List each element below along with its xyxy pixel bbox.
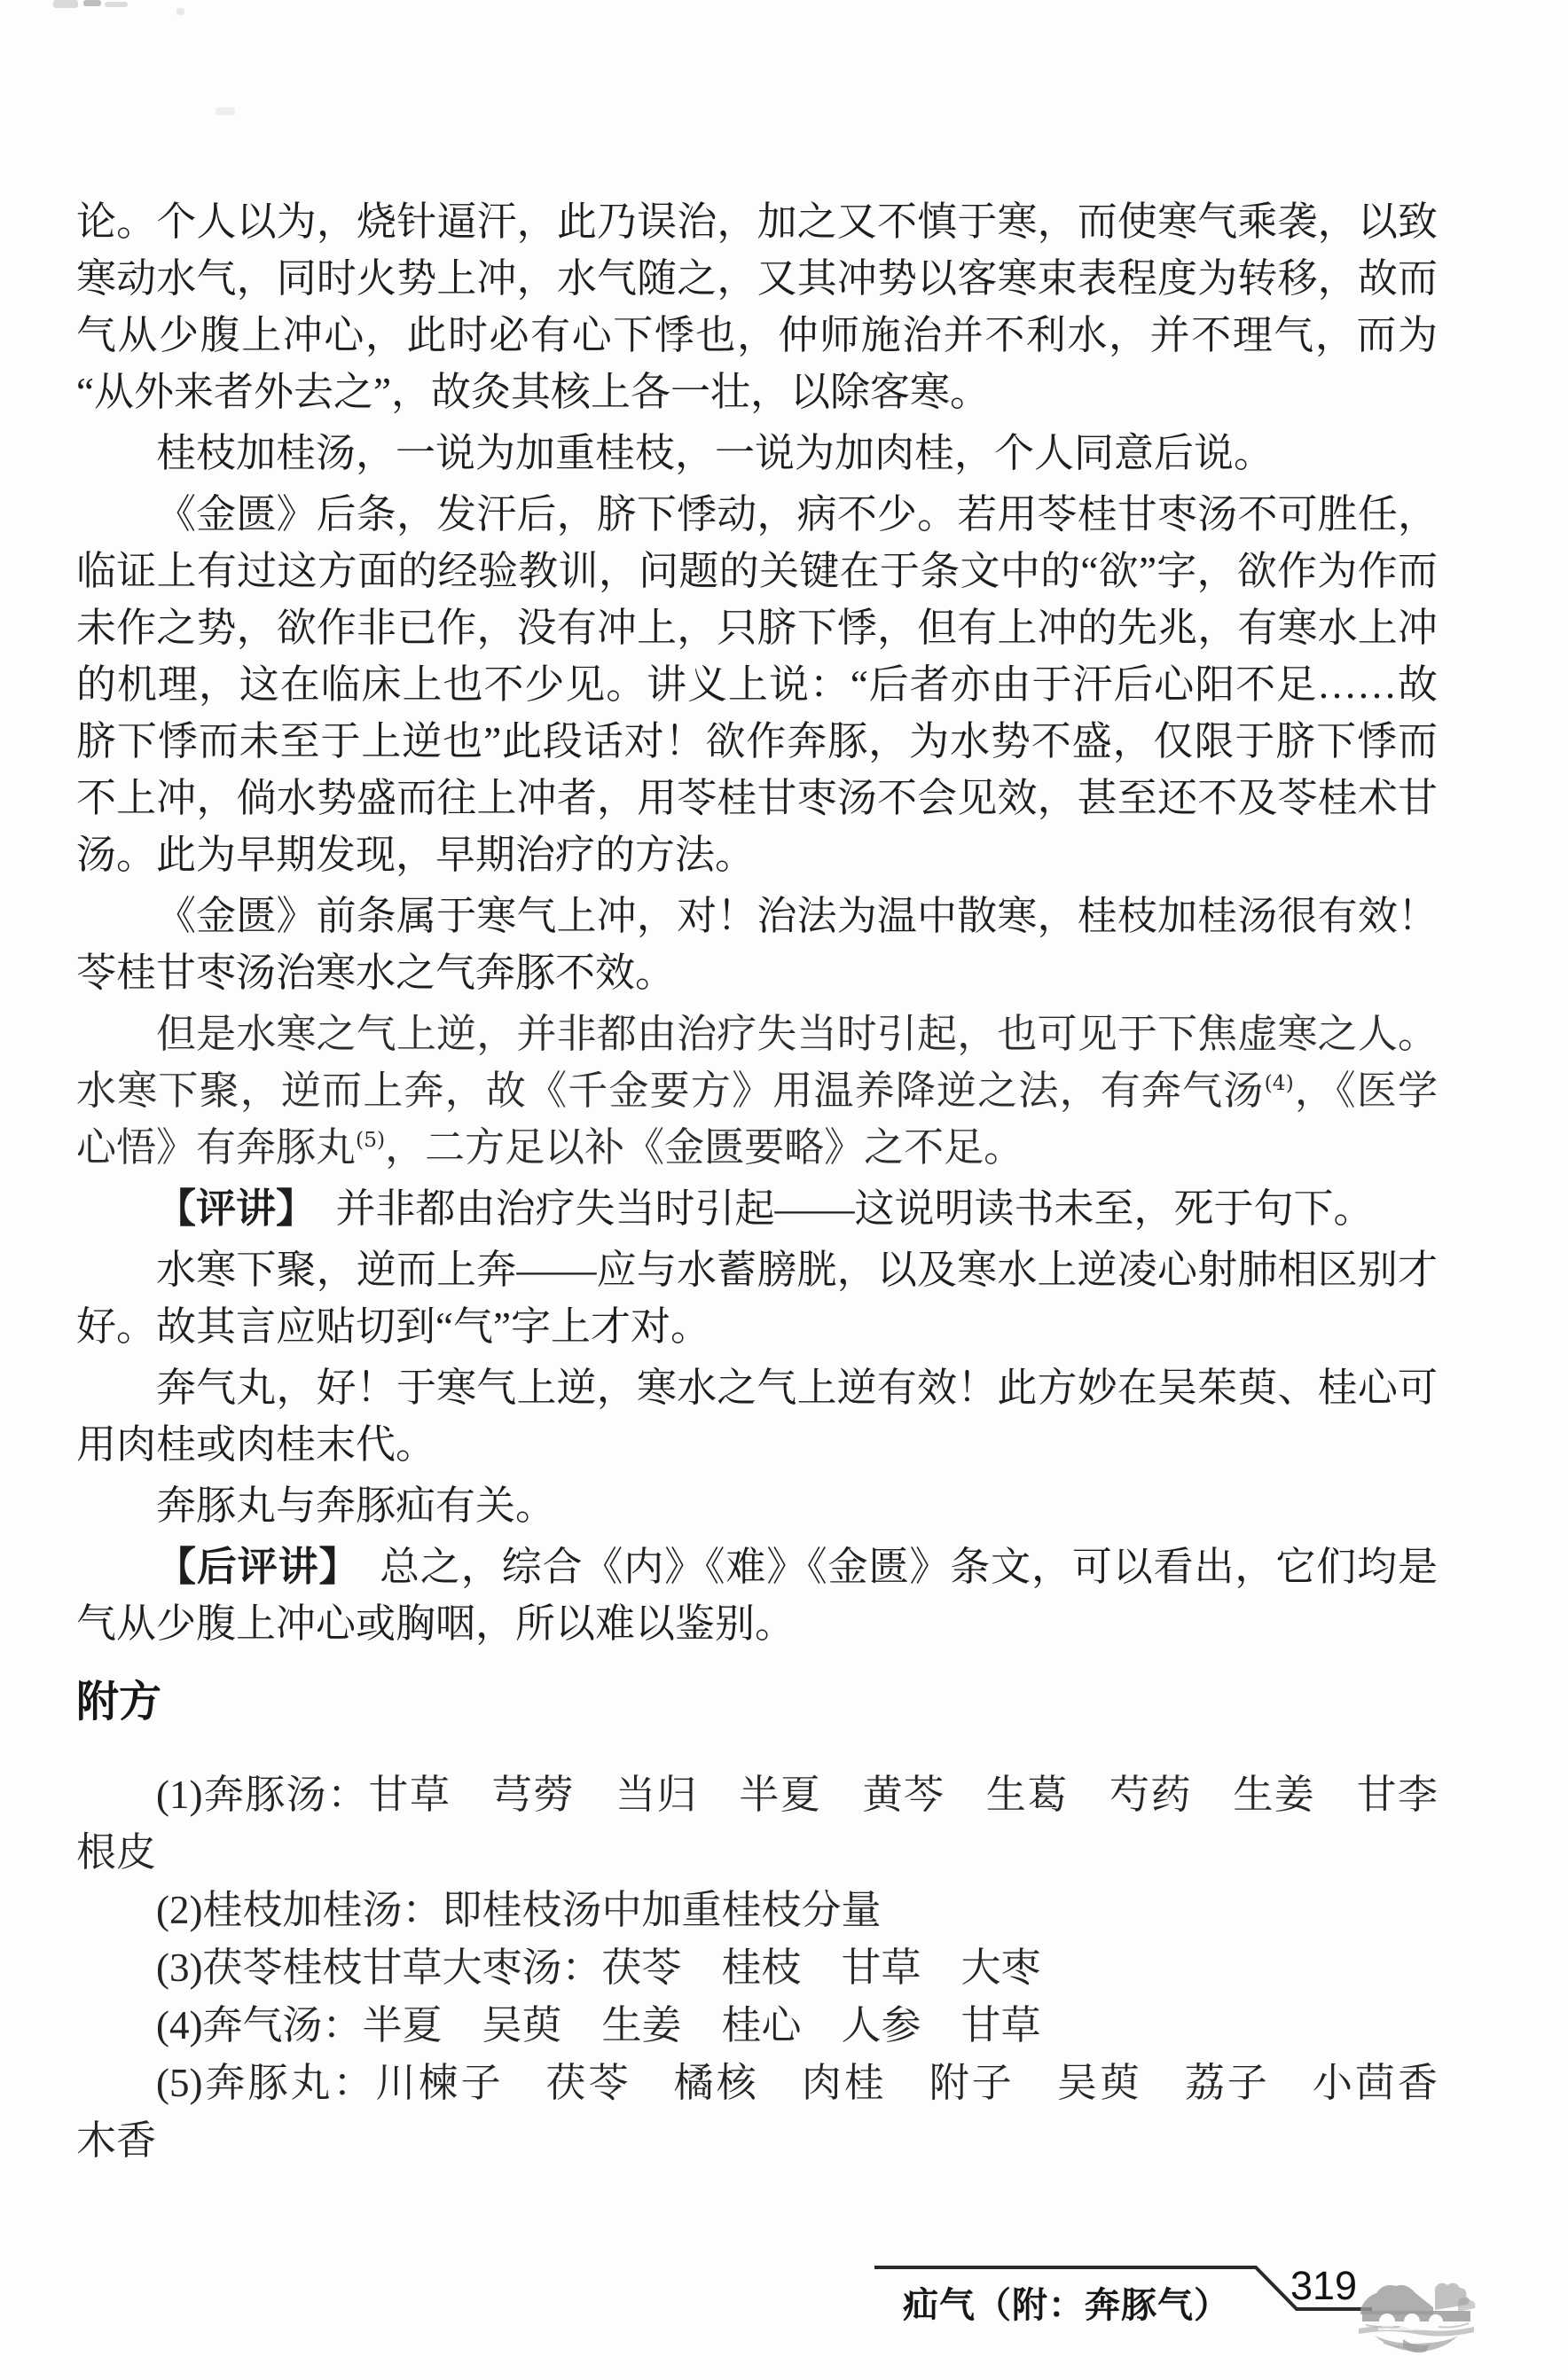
paragraph: 《金匮》前条属于寒气上冲，对！治法为温中散寒，桂枝加桂汤很有效！苓桂甘枣汤治寒水… (76, 888, 1438, 1001)
paragraph: 奔豚丸与奔豚疝有关。 (76, 1477, 1438, 1534)
ink-seal-stamp-icon (1353, 2261, 1488, 2359)
paragraph-text: 但是水寒之气上逆，并非都由治疗失当时引起，也可见于下焦虚寒之人。水寒下聚，逆而上… (76, 1010, 1438, 1114)
section-header-fufang: 附方 (76, 1667, 161, 1728)
paragraph-text: 《金匮》后条，发汗后，脐下悸动，病不少。若用苓桂甘枣汤不可胜任，临证上有过这方面… (76, 492, 1438, 877)
prescription-line: (4)奔气汤：半夏 吴萸 生姜 桂心 人参 甘草 (76, 1997, 1438, 2055)
paragraph-text: 奔豚丸与奔豚疝有关。 (156, 1484, 555, 1528)
prescription-line: (2)桂枝加桂汤：即桂枝汤中加重桂枝分量 (76, 1882, 1438, 1939)
paragraph-text: 并非都由治疗失当时引起——这说明读书未至，死于句下。 (336, 1186, 1374, 1231)
body-text: 论。个人以为，烧针逼汗，此乃误治，加之又不慎于寒，而使寒气乘袭，以致寒动水气，同… (76, 193, 1438, 1656)
paragraph: 【后评讲】总之，综合《内》《难》《金匮》条文，可以看出，它们均是气从少腹上冲心或… (76, 1538, 1438, 1652)
paragraph: 但是水寒之气上逆，并非都由治疗失当时引起，也可见于下焦虚寒之人。水寒下聚，逆而上… (76, 1006, 1438, 1176)
page-number: 319 (1290, 2263, 1357, 2309)
paragraph-text: ，二方足以补《金匮要略》之不足。 (385, 1123, 1023, 1170)
prescription-line: (3)茯苓桂枝甘草大枣汤：茯苓 桂枝 甘草 大枣 (76, 1939, 1438, 1997)
paragraph-text: 论。个人以为，烧针逼汗，此乃误治，加之又不慎于寒，而使寒气乘袭，以致寒动水气，同… (76, 200, 1438, 414)
footnote-reference: (5) (356, 1127, 385, 1152)
paragraph: 桂枝加桂汤，一说为加重桂枝，一说为加肉桂，个人同意后说。 (76, 425, 1438, 481)
footer-chapter-title: 疝气（附：奔豚气） (903, 2277, 1230, 2328)
paragraph-label: 【评讲】 (156, 1186, 316, 1231)
scan-artifact (105, 2, 128, 7)
prescription-line: (5)奔豚丸：川楝子 茯苓 橘核 肉桂 附子 吴萸 荔子 小茴香 木香 (76, 2055, 1438, 2170)
scan-artifact (176, 8, 184, 15)
footnote-reference: (4) (1265, 1070, 1294, 1095)
paragraph: 论。个人以为，烧针逼汗，此乃误治，加之又不慎于寒，而使寒气乘袭，以致寒动水气，同… (76, 193, 1438, 420)
paragraph: 水寒下聚，逆而上奔——应与水蓄膀胱，以及寒水上逆凌心射肺相区别才好。故其言应贴切… (76, 1241, 1438, 1355)
scan-artifact (83, 0, 101, 6)
paragraph-text: 《金匮》前条属于寒气上冲，对！治法为温中散寒，桂枝加桂汤很有效！苓桂甘枣汤治寒水… (76, 894, 1438, 995)
scan-artifact (53, 0, 78, 8)
paragraph: 奔气丸，好！于寒气上逆，寒水之气上逆有效！此方妙在吴茱萸、桂心可用肉桂或肉桂末代… (76, 1359, 1438, 1473)
prescription-list: (1)奔豚汤：甘草 芎䓖 当归 半夏 黄芩 生葛 芍药 生姜 甘李根皮(2)桂枝… (76, 1766, 1438, 2170)
scan-artifact (216, 107, 235, 115)
paragraph-label: 【后评讲】 (156, 1545, 359, 1589)
paragraph-text: 奔气丸，好！于寒气上逆，寒水之气上逆有效！此方妙在吴茱萸、桂心可用肉桂或肉桂末代… (76, 1366, 1438, 1467)
paragraph: 【评讲】并非都由治疗失当时引起——这说明读书未至，死于句下。 (76, 1180, 1438, 1237)
paragraph-text: 桂枝加桂汤，一说为加重桂枝，一说为加肉桂，个人同意后说。 (156, 431, 1274, 475)
paragraph-text: 水寒下聚，逆而上奔——应与水蓄膀胱，以及寒水上逆凌心射肺相区别才好。故其言应贴切… (76, 1248, 1438, 1349)
book-page: 论。个人以为，烧针逼汗，此乃误治，加之又不慎于寒，而使寒气乘袭，以致寒动水气，同… (0, 0, 1568, 2380)
paragraph: 《金匮》后条，发汗后，脐下悸动，病不少。若用苓桂甘枣汤不可胜任，临证上有过这方面… (76, 486, 1438, 883)
prescription-line: (1)奔豚汤：甘草 芎䓖 当归 半夏 黄芩 生葛 芍药 生姜 甘李根皮 (76, 1766, 1438, 1882)
